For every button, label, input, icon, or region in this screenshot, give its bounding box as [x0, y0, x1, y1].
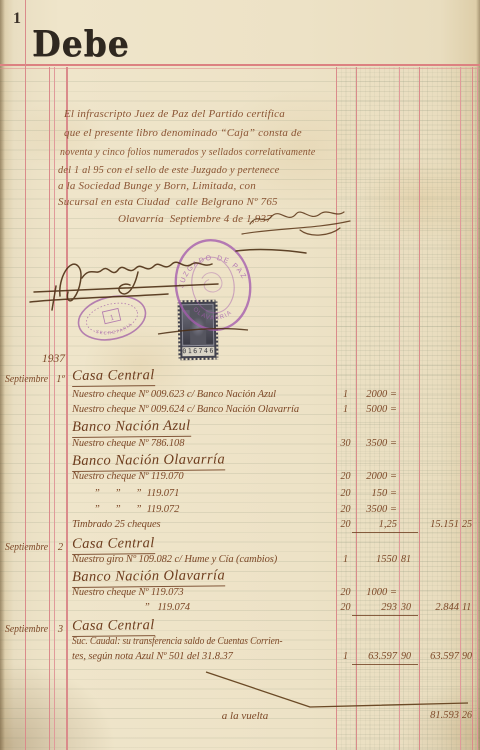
entry-total: 63.597 — [419, 651, 459, 662]
entry-description: Nuestro cheque Nº 119.073 — [72, 587, 184, 598]
fiscal-stamp-figure-right — [206, 310, 214, 344]
entry-count: 1 — [336, 554, 355, 565]
certification-date-line: Olavarría Septiembre 4 de 1,937 — [118, 213, 272, 225]
entry-year: 1937 — [42, 353, 65, 365]
entry-total-cents: 25 — [462, 519, 476, 530]
entry-description: tes, según nota Azul Nº 501 del 31.8.37 — [72, 651, 233, 662]
fiscal-stamp: 016746 — [177, 300, 218, 361]
entry-description: Nuestro giro Nº 109.082 c/ Hume y Cía (c… — [72, 554, 277, 565]
account-heading: Banco Nación Azul — [72, 418, 191, 438]
certification-line: Sucursal en esta Ciudad calle Belgrano N… — [58, 196, 278, 208]
account-heading: Banco Nación Olavarría — [72, 451, 225, 472]
account-heading: Casa Central — [72, 617, 155, 637]
entry-amount: 2000 = — [356, 471, 397, 482]
entry-count: 20 — [336, 587, 355, 598]
fiscal-stamp-figure-left — [183, 310, 191, 344]
entry-count: 20 — [336, 471, 355, 482]
secretary-stamp-arc: SECRETARIA — [94, 320, 135, 338]
carry-forward-total: 81.593 — [419, 710, 459, 721]
entry-amount: 2000 = — [356, 389, 397, 400]
entry-amount: 5000 = — [356, 404, 397, 415]
certification-line: del 1 al 95 con el sello de este Juzgado… — [58, 164, 279, 176]
amount-underline — [352, 532, 418, 533]
amount-underline — [352, 664, 418, 665]
entry-amount: 3500 = — [356, 438, 397, 449]
column-line — [399, 67, 400, 750]
entry-month: Septiembre — [5, 542, 49, 553]
account-heading: Casa Central — [72, 367, 155, 387]
entry-description: Nuestro cheque Nº 119.070 — [72, 471, 184, 482]
folio-number: 1 — [13, 10, 21, 28]
entry-amount: 293 — [356, 602, 397, 613]
entry-day: 1º — [53, 374, 68, 385]
closing-line — [206, 672, 468, 707]
certification-line: a la Sociedad Bunge y Born, Limitada, co… — [58, 180, 256, 192]
amount-underline — [352, 615, 418, 616]
entry-cents: 30 — [401, 602, 417, 613]
stamp-emblem — [201, 271, 223, 293]
entry-amount: 1000 = — [356, 587, 397, 598]
entry-total-cents: 90 — [462, 651, 476, 662]
entry-amount: 1,25 — [356, 519, 397, 530]
column-line — [419, 67, 420, 750]
entry-amount: 63.597 — [356, 651, 397, 662]
entry-day: 2 — [53, 542, 68, 553]
entry-count: 1 — [336, 404, 355, 415]
account-heading: Casa Central — [72, 535, 155, 555]
entry-amount: 150 = — [356, 488, 397, 499]
entry-total: 15.151 — [419, 519, 459, 530]
entry-count: 20 — [336, 602, 355, 613]
entry-description: Nuestro cheque Nº 786.108 — [72, 438, 184, 449]
carry-forward-label: a la vuelta — [190, 710, 300, 722]
entry-description: ” ” ” 119.072 — [72, 504, 179, 515]
secretary-stamp: 1 SECRETARIA — [74, 290, 150, 346]
entry-description: ” 119.074 — [72, 602, 190, 613]
entry-description: Suc. Caudal: su transferencia saldo de C… — [72, 636, 282, 647]
entry-cents: 90 — [401, 651, 417, 662]
entry-day: 3 — [53, 624, 68, 635]
entry-total-cents: 11 — [462, 602, 476, 613]
entry-description: Timbrado 25 cheques — [72, 519, 161, 530]
column-line — [472, 67, 473, 750]
secretary-stamp-number: 1 — [109, 313, 115, 323]
entry-month: Septiembre — [5, 374, 49, 385]
entry-total: 2.844 — [419, 602, 459, 613]
entry-count: 20 — [336, 504, 355, 515]
column-line — [477, 67, 478, 750]
entry-amount: 3500 = — [356, 504, 397, 515]
account-heading: Banco Nación Olavarría — [72, 567, 225, 588]
page-title: Debe — [32, 22, 130, 64]
ledger-page: 1 Debe El infrascripto Juez de Paz del P… — [0, 0, 480, 750]
entry-count: 30 — [336, 438, 355, 449]
judge-signature — [30, 250, 306, 310]
column-line — [49, 67, 50, 750]
certification-line: El infrascripto Juez de Paz del Partido … — [64, 108, 285, 120]
entry-description: Nuestro cheque Nº 009.623 c/ Banco Nació… — [72, 389, 276, 400]
column-line — [54, 67, 55, 750]
fiscal-stamp-serial: 016746 — [182, 347, 214, 357]
entry-description: Nuestro cheque Nº 009.624 c/ Banco Nació… — [72, 404, 299, 415]
carry-forward-total-cents: 26 — [462, 710, 476, 721]
entry-amount: 1550 — [356, 554, 397, 565]
entry-count: 20 — [336, 519, 355, 530]
judge-stamp-arc-top: JUZGADO DE PAZ — [174, 250, 248, 291]
entry-count: 1 — [336, 389, 355, 400]
entry-month: Septiembre — [5, 624, 49, 635]
certification-line: que el presente libro denominado “Caja” … — [64, 127, 302, 139]
entry-cents: 81 — [401, 554, 417, 565]
top-rule-shadow — [0, 68, 480, 69]
column-line — [460, 67, 461, 750]
entry-count: 1 — [336, 651, 355, 662]
certification-line: noventa y cinco folios numerados y sella… — [60, 146, 315, 158]
entry-count: 20 — [336, 488, 355, 499]
entry-description: ” ” ” 119.071 — [72, 488, 179, 499]
